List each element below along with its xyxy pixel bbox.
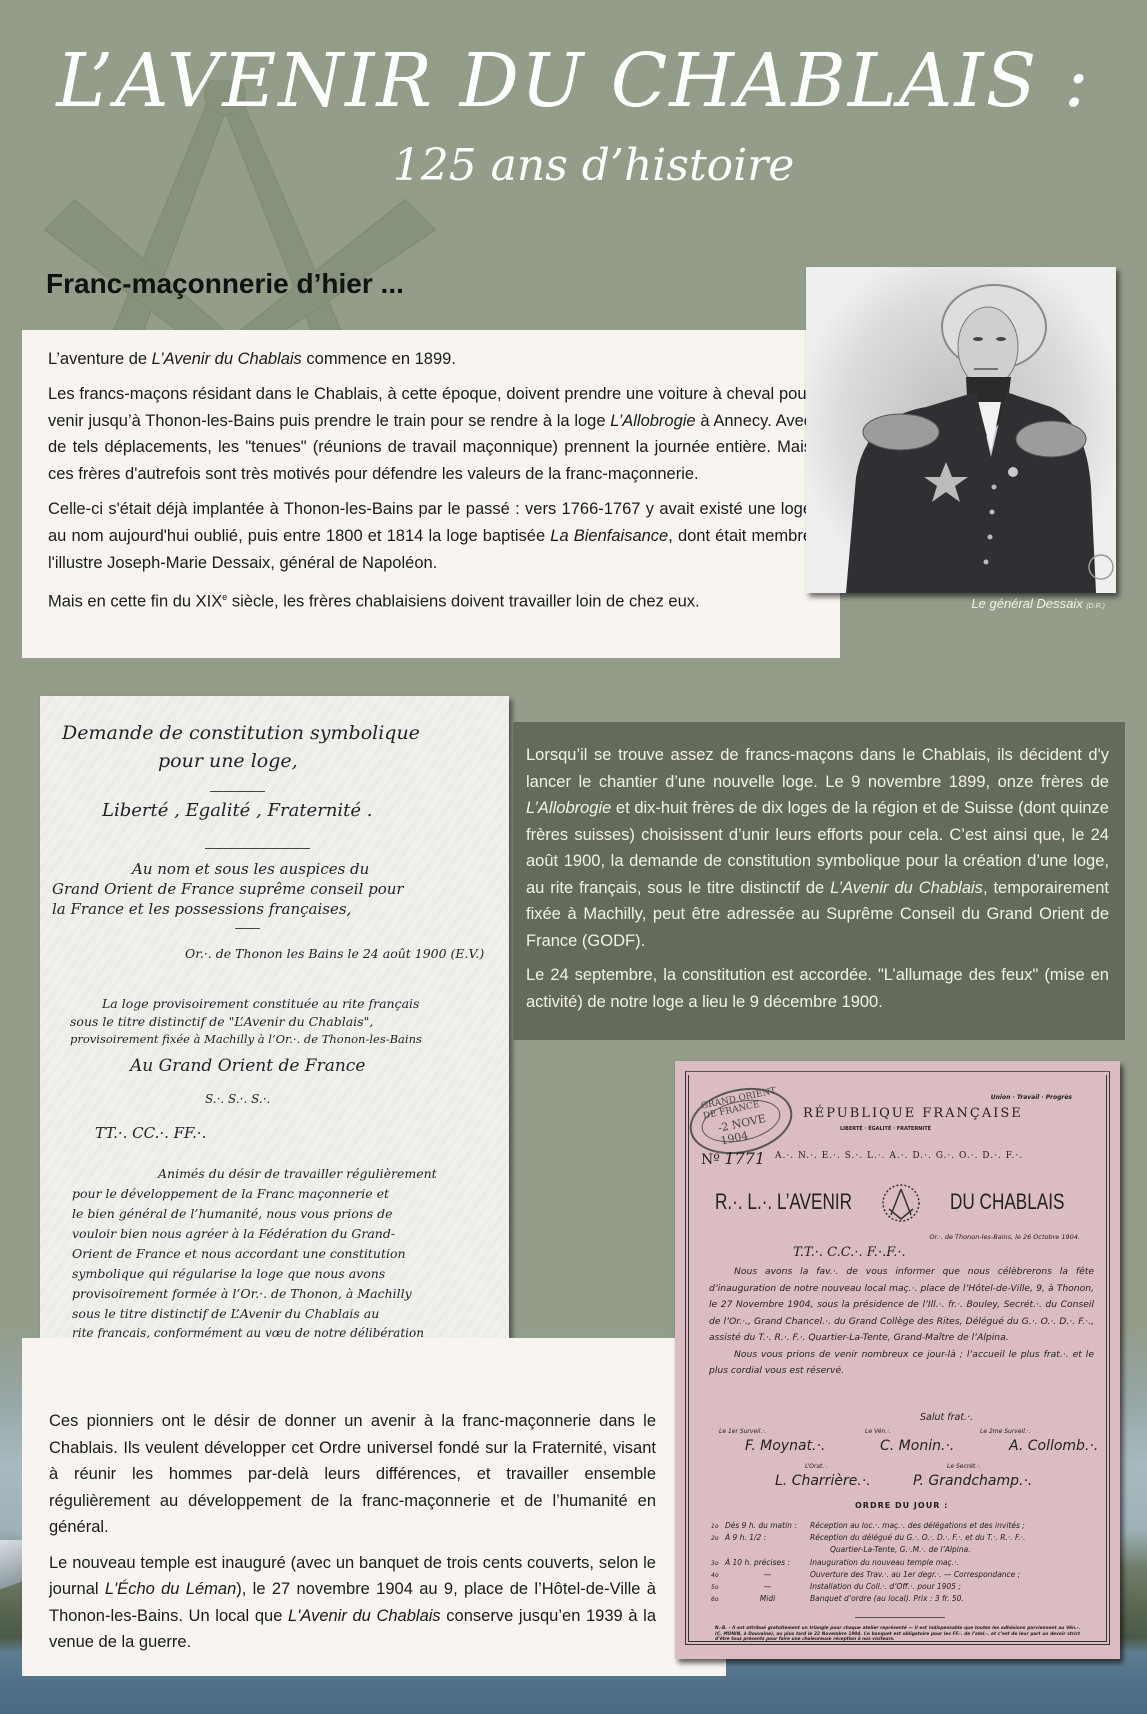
ornament-divider <box>855 1617 945 1618</box>
signatory-name: A. Collomb.·. <box>1009 1438 1098 1454</box>
manuscript-line: vouloir bien nous agréer à la Fédération… <box>72 1226 395 1241</box>
invitation-lodge-right: DU CHABLAIS <box>950 1189 1064 1215</box>
manuscript-line: sous le titre distinctif de "L’Avenir du… <box>70 1014 373 1029</box>
invitation-invocation: A.·. N.·. E.·. S.·. L.·. A.·. D.·. G.·. … <box>775 1151 1023 1161</box>
manuscript-line: Animés du désir de travailler régulièrem… <box>158 1166 437 1181</box>
masonic-emblem-icon <box>877 1179 925 1227</box>
founding-text-panel: Lorsqu’il se trouve assez de francs-maço… <box>513 722 1125 1040</box>
intro-paragraph-2: Les francs-maçons résidant dans le Chabl… <box>48 381 812 488</box>
invitation-place-date: Or.·. de Thonon-les-Bains, le 26 Octobre… <box>929 1233 1080 1241</box>
intro-paragraph-4: Mais en cette fin du XIXe siècle, les fr… <box>48 584 812 615</box>
ordre-row: 6oMidiBanquet d’ordre (au local). Prix :… <box>711 1594 964 1603</box>
invitation-salutation: T.T.·. C.C.·. F.·.F.·. <box>793 1245 906 1260</box>
manuscript-rule <box>210 791 265 792</box>
signatory-role: Le 1er Surveil.·. <box>719 1428 766 1435</box>
invitation-lodge-left: R.·. L.·. L’AVENIR <box>715 1189 852 1215</box>
manuscript-line: Au Grand Orient de France <box>130 1056 365 1076</box>
manuscript-rule <box>205 848 310 849</box>
section-heading: Franc-maçonnerie d’hier ... <box>46 268 404 300</box>
ordre-row: 4o—Ouverture des Trav.·. au 1er degr.·. … <box>711 1570 1020 1579</box>
portrait-caption: Le général Dessaix (D.R.) <box>940 596 1105 611</box>
ordre-row: 3oÀ 10 h. précises :Inauguration du nouv… <box>711 1558 959 1567</box>
manuscript-rule <box>235 928 260 929</box>
inauguration-invitation-card: GRAND ORIENT DE FRANCE -2 NOVE 1904 Nº 1… <box>675 1061 1120 1659</box>
page-subtitle: 125 ans d’histoire <box>0 140 1147 191</box>
portrait-engraving-icon <box>806 267 1116 593</box>
ordre-row: 5o—Installation du Coll.·. d’Off.·. pour… <box>711 1582 961 1591</box>
signatory-name: P. Grandchamp.·. <box>913 1473 1032 1489</box>
manuscript-line: provisoirement formée à l’Or.·. de Thono… <box>72 1286 412 1301</box>
signatory-name: L. Charrière.·. <box>775 1473 871 1489</box>
ordre-row: 2oÀ 9 h. 1/2 :Réception du délégué du G.… <box>711 1533 1025 1542</box>
temple-paragraph-2: Le nouveau temple est inauguré (avec un … <box>49 1550 656 1656</box>
manuscript-line: symbolique qui régularise la loge que no… <box>72 1266 385 1281</box>
founding-paragraph-2: Le 24 septembre, la constitution est acc… <box>526 962 1109 1015</box>
invitation-closing: Salut frat.·. <box>920 1412 973 1423</box>
manuscript-line: sous le titre distinctif de L’Avenir du … <box>72 1306 379 1321</box>
manuscript-line: pour le développement de la Franc maçonn… <box>72 1186 389 1201</box>
signatory-role: Le Vén.·. <box>865 1428 891 1435</box>
manuscript-line: le bien général de l’humanité, nous vous… <box>72 1206 393 1221</box>
invitation-body: Nous avons la fav.·. de vous informer qu… <box>709 1264 1094 1380</box>
invitation-motto: Union · Travail · Progrès <box>991 1094 1072 1101</box>
manuscript-line: Grand Orient de France suprême conseil p… <box>52 880 404 898</box>
manuscript-line: pour une loge, <box>158 750 298 772</box>
signatory-role: L’Orat.·. <box>805 1463 828 1470</box>
stamp-number-label: Nº 1771 <box>701 1149 765 1168</box>
manuscript-constitution-request: Demande de constitution symbolique pour … <box>40 696 509 1390</box>
manuscript-line: TT.·. CC.·. FF.·. <box>95 1124 206 1142</box>
intro-paragraph-3: Celle-ci s'était déjà implantée à Thonon… <box>48 496 812 576</box>
page-title: L’AVENIR DU CHABLAIS : <box>0 38 1147 124</box>
manuscript-line: S.·. S.·. S.·. <box>205 1092 270 1106</box>
signatory-name: F. Moynat.·. <box>745 1438 825 1454</box>
manuscript-line: Or.·. de Thonon les Bains le 24 août 190… <box>185 946 484 961</box>
temple-text-panel: Ces pionniers ont le désir de donner un … <box>22 1338 726 1676</box>
ordre-row: Quartier-La-Tente, G.·.M.·. de l’Alpina. <box>830 1545 971 1554</box>
founding-paragraph-1: Lorsqu’il se trouve assez de francs-maço… <box>526 742 1109 954</box>
manuscript-line: Demande de constitution symbolique <box>62 722 420 744</box>
signatory-role: Le 2me Surveil.·. <box>980 1428 1031 1435</box>
portrait-general-dessaix <box>806 267 1116 593</box>
ordre-row: 1oDès 9 h. du matin :Réception au loc.·.… <box>711 1521 1025 1530</box>
temple-paragraph-1: Ces pionniers ont le désir de donner un … <box>49 1408 656 1541</box>
signatory-role: Le Secrét.·. <box>947 1463 981 1470</box>
manuscript-line: Au nom et sous les auspices du <box>132 860 369 878</box>
invitation-republic: RÉPUBLIQUE FRANÇAISE <box>803 1106 1023 1121</box>
invitation-footnote: N.-B. - Il est attribué gratuitement un … <box>715 1626 1080 1643</box>
intro-text-panel: L’aventure de L’Avenir du Chablais comme… <box>22 330 840 658</box>
invitation-republic-motto: LIBERTÉ · ÉGALITÉ · FRATERNITÉ <box>840 1126 931 1132</box>
signatory-name: C. Monin.·. <box>880 1438 954 1454</box>
intro-paragraph-1: L’aventure de L’Avenir du Chablais comme… <box>48 346 812 373</box>
manuscript-line: provisoirement fixée à Machilly à l’Or.·… <box>70 1032 422 1046</box>
manuscript-line: la France et les possessions françaises, <box>52 900 351 918</box>
manuscript-line: Liberté , Egalité , Fraternité . <box>102 800 373 821</box>
ordre-du-jour-title: ORDRE DU JOUR : <box>855 1501 948 1510</box>
manuscript-line: Orient de France et nous accordant une c… <box>72 1246 406 1261</box>
manuscript-line: La loge provisoirement constituée au rit… <box>102 996 419 1011</box>
